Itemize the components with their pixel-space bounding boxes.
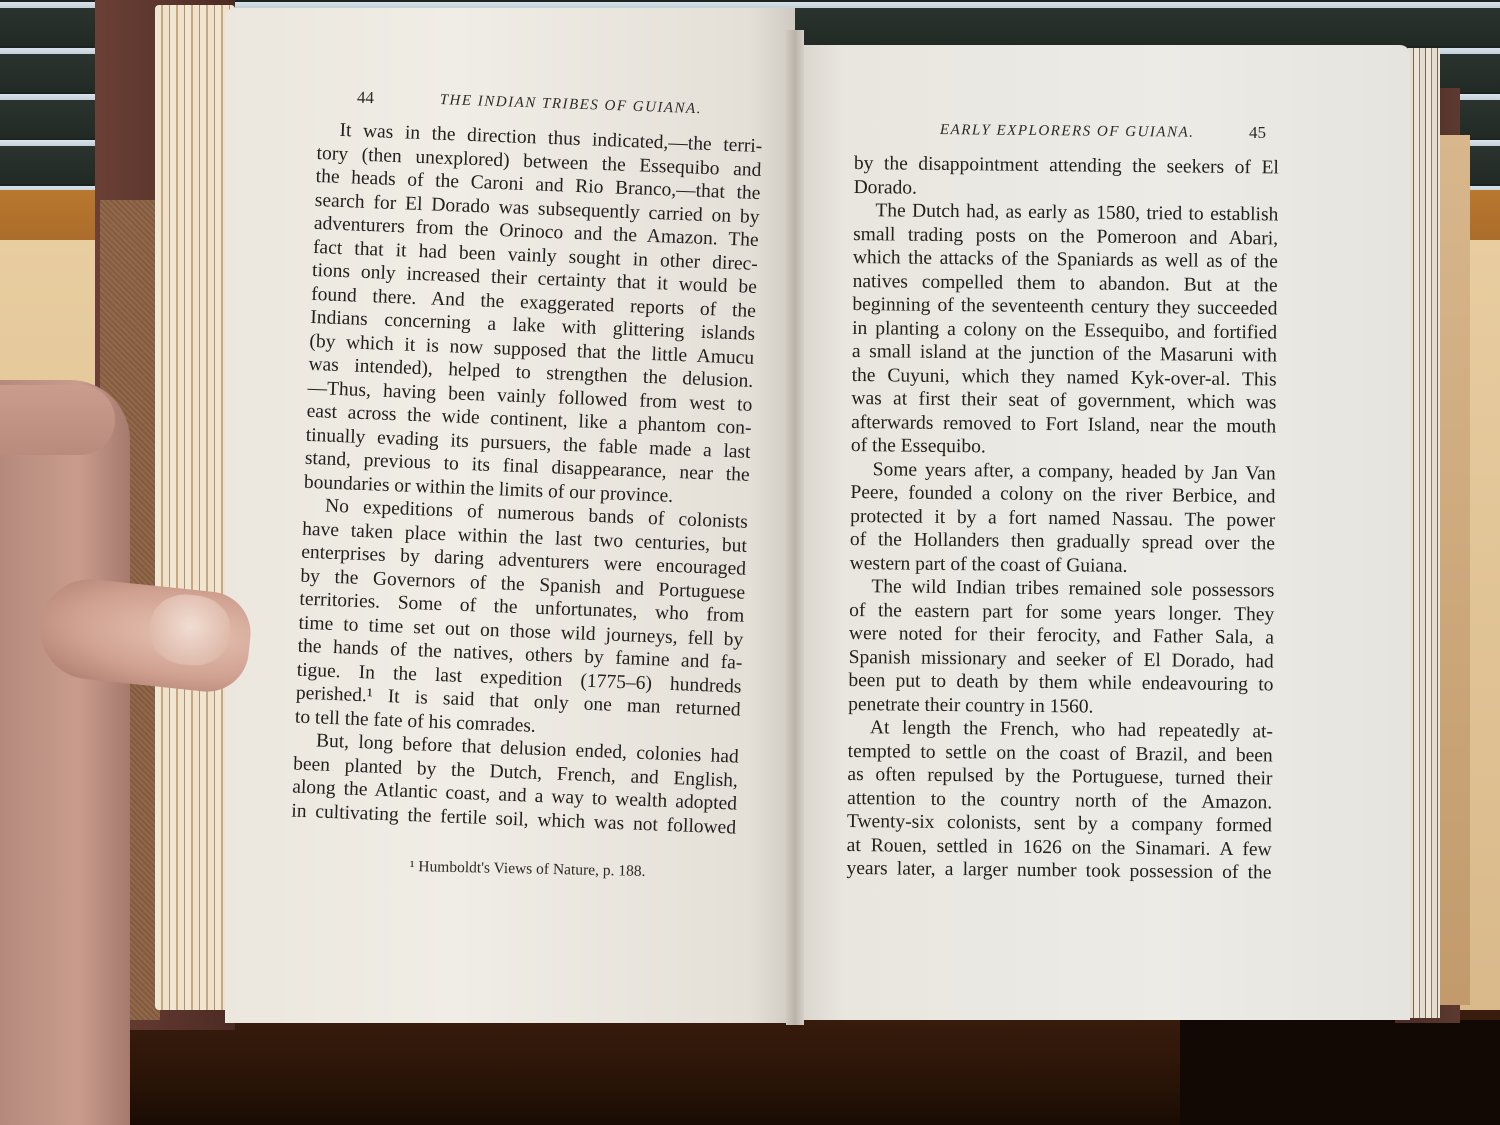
left-page-body: It was in the direction thus indicated,—… xyxy=(291,118,763,840)
text-line: years later, a larger number took posses… xyxy=(846,857,1271,885)
hand xyxy=(0,380,130,1125)
left-page-number: 44 xyxy=(357,88,375,108)
right-page-number: 45 xyxy=(1249,123,1266,143)
text-line: by the disappointment attending the seek… xyxy=(854,152,1279,180)
page-edges-left xyxy=(155,5,235,1010)
finger xyxy=(0,385,115,455)
book-gutter xyxy=(786,30,804,1025)
right-running-head: EARLY EXPLORERS OF GUIANA. xyxy=(940,122,1195,142)
table-shadow xyxy=(1180,1020,1500,1125)
right-page-body: by the disappointment attending the seek… xyxy=(846,152,1279,885)
right-running-head-title: EARLY EXPLORERS OF GUIANA. xyxy=(940,122,1195,141)
